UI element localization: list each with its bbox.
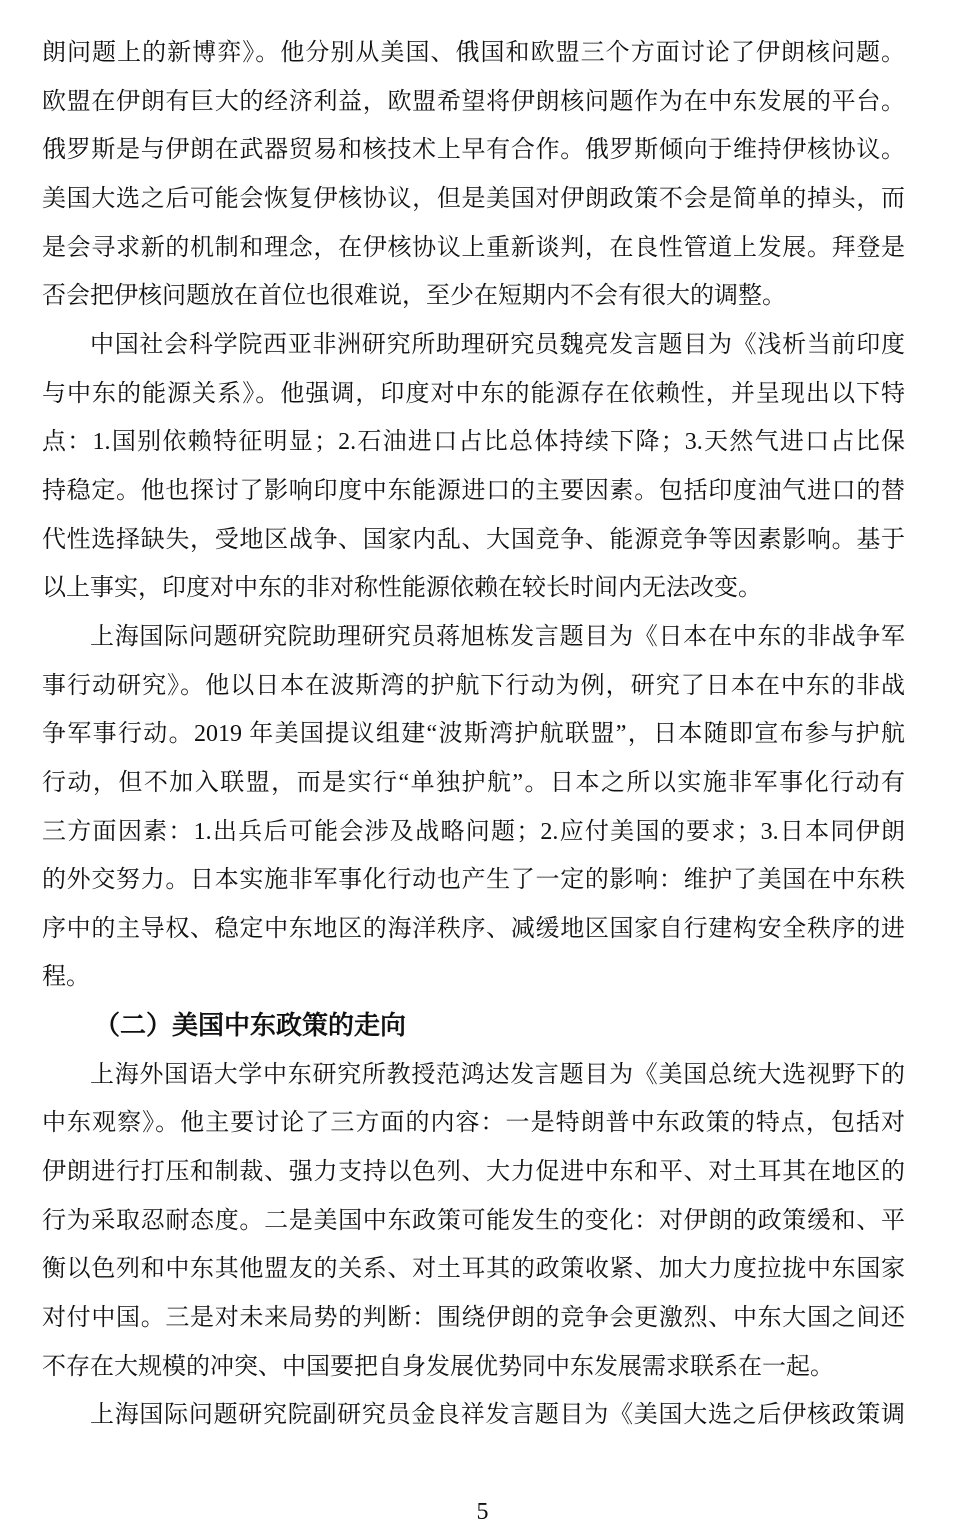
- text-line: 以上事实，印度对中东的非对称性能源依赖在较长时间内无法改变。: [42, 564, 905, 613]
- paragraph: 朗问题上的新博弈》。他分别从美国、俄国和欧盟三个方面讨论了伊朗核问题。欧盟在伊朗…: [42, 29, 905, 321]
- text-line: 上海国际问题研究院副研究员金良祥发言题目为《美国大选之后伊核政策调: [42, 1391, 905, 1440]
- text-line: 美国大选之后可能会恢复伊核协议，但是美国对伊朗政策不会是简单的掉头，而: [42, 175, 905, 224]
- text-line: 程。: [42, 953, 905, 1002]
- text-line: 不存在大规模的冲突、中国要把自身发展优势同中东发展需求联系在一起。: [42, 1343, 905, 1392]
- text-line: 与中东的能源关系》。他强调，印度对中东的能源存在依赖性，并呈现出以下特: [42, 370, 905, 419]
- paragraph: 上海国际问题研究院助理研究员蒋旭栋发言题目为《日本在中东的非战争军事行动研究》。…: [42, 613, 905, 1002]
- text-line: 行动，但不加入联盟，而是实行“单独护航”。日本之所以实施非军事化行动有: [42, 759, 905, 808]
- text-line: 俄罗斯是与伊朗在武器贸易和核技术上早有合作。俄罗斯倾向于维持伊核协议。: [42, 126, 905, 175]
- text-line: 中东观察》。他主要讨论了三方面的内容：一是特朗普中东政策的特点，包括对: [42, 1099, 905, 1148]
- text-line: 事行动研究》。他以日本在波斯湾的护航下行动为例，研究了日本在中东的非战: [42, 662, 905, 711]
- text-line: 代性选择缺失，受地区战争、国家内乱、大国竞争、能源竞争等因素影响。基于: [42, 516, 905, 565]
- paragraph: 上海国际问题研究院副研究员金良祥发言题目为《美国大选之后伊核政策调: [42, 1391, 905, 1440]
- text-line: 对付中国。三是对未来局势的判断：围绕伊朗的竞争会更激烈、中东大国之间还: [42, 1294, 905, 1343]
- text-line: 点：1.国别依赖特征明显；2.石油进口占比总体持续下降；3.天然气进口占比保: [42, 418, 905, 467]
- text-line: 上海外国语大学中东研究所教授范鸿达发言题目为《美国总统大选视野下的: [42, 1051, 905, 1100]
- text-line: 朗问题上的新博弈》。他分别从美国、俄国和欧盟三个方面讨论了伊朗核问题。: [42, 29, 905, 78]
- text-line: 三方面因素：1.出兵后可能会涉及战略问题；2.应付美国的要求；3.日本同伊朗: [42, 808, 905, 857]
- paragraph: 上海外国语大学中东研究所教授范鸿达发言题目为《美国总统大选视野下的中东观察》。他…: [42, 1051, 905, 1392]
- text-line: 否会把伊核问题放在首位也很难说，至少在短期内不会有很大的调整。: [42, 272, 905, 321]
- text-line: 中国社会科学院西亚非洲研究所助理研究员魏亮发言题目为《浅析当前印度: [42, 321, 905, 370]
- text-line: 的外交努力。日本实施非军事化行动也产生了一定的影响：维护了美国在中东秩: [42, 856, 905, 905]
- document-body: 朗问题上的新博弈》。他分别从美国、俄国和欧盟三个方面讨论了伊朗核问题。欧盟在伊朗…: [42, 29, 905, 1440]
- text-line: 序中的主导权、稳定中东地区的海洋秩序、减缓地区国家自行建构安全秩序的进: [42, 905, 905, 954]
- page-number: 5: [0, 1497, 965, 1527]
- text-line: 持稳定。他也探讨了影响印度中东能源进口的主要因素。包括印度油气进口的替: [42, 467, 905, 516]
- section-heading: （二）美国中东政策的走向: [42, 1002, 905, 1051]
- paragraph: 中国社会科学院西亚非洲研究所助理研究员魏亮发言题目为《浅析当前印度与中东的能源关…: [42, 321, 905, 613]
- text-line: 行为采取忍耐态度。二是美国中东政策可能发生的变化：对伊朗的政策缓和、平: [42, 1197, 905, 1246]
- text-line: 欧盟在伊朗有巨大的经济利益，欧盟希望将伊朗核问题作为在中东发展的平台。: [42, 78, 905, 127]
- text-line: 衡以色列和中东其他盟友的关系、对土耳其的政策收紧、加大力度拉拢中东国家: [42, 1245, 905, 1294]
- document-page: 朗问题上的新博弈》。他分别从美国、俄国和欧盟三个方面讨论了伊朗核问题。欧盟在伊朗…: [0, 0, 965, 1534]
- text-line: 是会寻求新的机制和理念，在伊核协议上重新谈判，在良性管道上发展。拜登是: [42, 224, 905, 273]
- text-line: 争军事行动。2019 年美国提议组建“波斯湾护航联盟”，日本随即宣布参与护航: [42, 710, 905, 759]
- text-line: 上海国际问题研究院助理研究员蒋旭栋发言题目为《日本在中东的非战争军: [42, 613, 905, 662]
- text-line: 伊朗进行打压和制裁、强力支持以色列、大力促进中东和平、对土耳其在地区的: [42, 1148, 905, 1197]
